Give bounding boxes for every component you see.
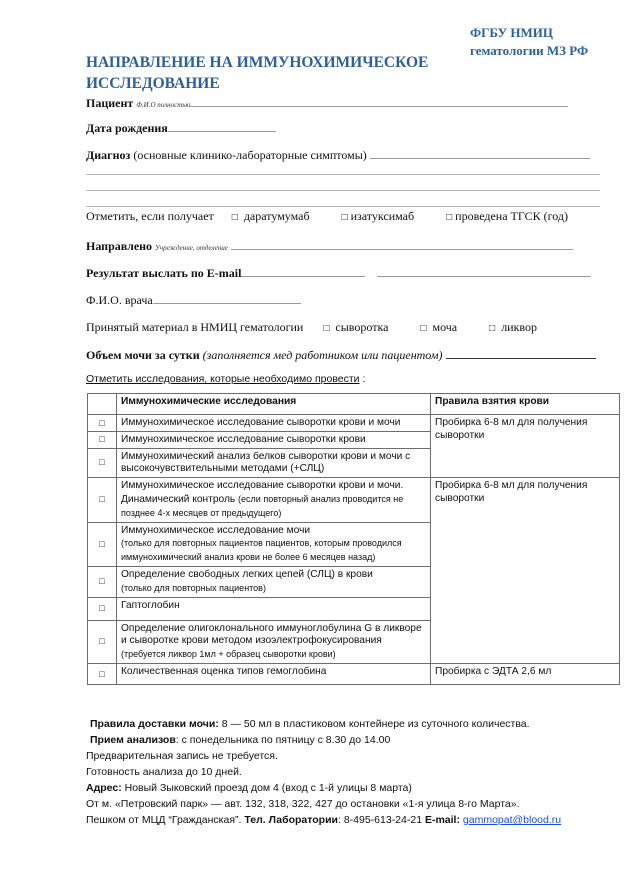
diagnosis-line-4[interactable]	[86, 206, 600, 207]
rule-text: Пробирка 6-8 мл для получения сыворотки	[435, 480, 587, 504]
test-checkbox[interactable]: □	[88, 431, 117, 448]
rule-cell: Пробирка 6-8 мл для получения сыворотки	[431, 478, 620, 664]
checkbox-urine[interactable]: □ моча	[420, 320, 457, 334]
phone-number: : 8-495-613-24-21	[338, 814, 425, 826]
page-title: НАПРАВЛЕНИЕ НА ИММУНОХИМИЧЕСКОЕ ИССЛЕДОВ…	[86, 52, 466, 94]
checkbox-daratumumab[interactable]: □ даратумумаб	[232, 209, 310, 223]
test-name-text: Количественная оценка типов гемоглобина	[121, 666, 326, 677]
option-hsct: проведена ТГСК (год)	[455, 209, 568, 223]
material-row: Принятый материал в НМИЦ гематологии □ с…	[86, 320, 537, 336]
urine-volume-label: Объем мочи за сутки	[86, 348, 200, 362]
referred-field[interactable]	[231, 238, 573, 250]
diagnosis-label: Диагноз	[86, 148, 130, 162]
option-daratumumab: даратумумаб	[244, 209, 310, 223]
patient-field[interactable]	[190, 95, 568, 107]
walk-note: Пешком от МЦД “Гражданская”.	[86, 814, 244, 826]
table-header-row: Иммунохимические исследования Правила вз…	[88, 394, 620, 415]
reception-hours: Прием анализов: с понедельника по пятниц…	[90, 732, 390, 748]
email-row: Результат выслать по E-mail	[86, 265, 591, 280]
test-checkbox[interactable]: □	[88, 448, 117, 478]
test-name-text: Определение свободных легких цепей (СЛЦ)…	[121, 569, 373, 580]
referred-row: Направлено Учреждение, отделение	[86, 238, 573, 255]
checkbox-icon: □	[446, 211, 452, 225]
rule-text: Пробирка 6-8 мл для получения сыворотки	[435, 417, 587, 441]
tests-instruction-text: Отметить исследования, которые необходим…	[86, 373, 360, 385]
table-row: □ Иммунохимическое исследование сыворотк…	[88, 478, 620, 522]
reception-text: : с понедельника по пятницу с 8.30 до 14…	[176, 734, 391, 746]
title-line-2: ИССЛЕДОВАНИЕ	[86, 73, 466, 94]
test-name: Иммунохимическое исследование сыворотки …	[117, 431, 431, 448]
org-line-1: ФГБУ НМИЦ	[470, 24, 620, 42]
checkbox-isatuximab[interactable]: □изатуксимаб	[342, 209, 415, 223]
test-checkbox[interactable]: □	[88, 522, 117, 566]
rule-cell: Пробирка 6-8 мл для получения сыворотки	[431, 415, 620, 478]
table-row: □ Количественная оценка типов гемоглобин…	[88, 663, 620, 684]
no-appointment-note: Предварительная запись не требуется.	[86, 748, 278, 764]
lab-email-label: E-mail:	[425, 814, 463, 826]
test-checkbox[interactable]: □	[88, 620, 117, 663]
birthdate-field[interactable]	[168, 120, 276, 132]
diagnosis-row: Диагноз (основные клинико-лабораторные с…	[86, 147, 590, 162]
patient-hint: Ф.И.О полностью	[136, 101, 190, 109]
transport-note: От м. «Петровский парк» — авт. 132, 318,…	[86, 796, 520, 812]
test-name: Иммунохимическое исследование сыворотки …	[117, 478, 431, 522]
test-note: (только для повторных пациентов пациенто…	[121, 538, 402, 562]
tests-instruction-colon: :	[360, 373, 366, 385]
test-name-text: Иммунохимическое исследование сыворотки …	[121, 434, 366, 445]
checkbox-icon: □	[323, 322, 329, 336]
address: Адрес: Новый Зыковский проезд дом 4 (вхо…	[86, 780, 412, 796]
urine-rule-label: Правила доставки мочи:	[90, 718, 219, 730]
test-checkbox[interactable]: □	[88, 597, 117, 620]
checkbox-icon: □	[489, 322, 495, 336]
test-name-text: Определение олигоклонального иммуноглобу…	[121, 623, 422, 647]
birthdate-label: Дата рождения	[86, 121, 168, 135]
org-line-2: гематологии МЗ РФ	[470, 42, 620, 60]
urine-delivery-rule: Правила доставки мочи: 8 — 50 мл в пласт…	[90, 716, 530, 732]
header-tests-col: Иммунохимические исследования	[117, 394, 431, 415]
phone-label: Тел. Лаборатории	[244, 814, 338, 826]
checkbox-icon: □	[342, 211, 348, 225]
option-serum: сыворотка	[335, 320, 388, 334]
test-name-text: Иммунохимическое исследование мочи	[121, 525, 310, 536]
email-field[interactable]	[241, 265, 365, 277]
test-name: Иммунохимический анализ белков сыворотки…	[117, 448, 431, 478]
contacts: Пешком от МЦД “Гражданская”. Тел. Лабора…	[86, 812, 561, 828]
test-checkbox[interactable]: □	[88, 663, 117, 684]
organization-name: ФГБУ НМИЦ гематологии МЗ РФ	[470, 24, 620, 60]
test-name: Иммунохимическое исследование мочи(тольк…	[117, 522, 431, 566]
doctor-row: Ф.И.О. врача	[86, 292, 301, 307]
checkbox-hsct[interactable]: □проведена ТГСК (год)	[446, 209, 568, 223]
diagnosis-field[interactable]	[370, 147, 590, 159]
patient-row: Пациент Ф.И.О полностью	[86, 95, 568, 112]
test-name-text: Гаптоглобин	[121, 600, 180, 611]
address-text: Новый Зыковский проезд дом 4 (вход с 1-й…	[122, 782, 412, 794]
reception-label: Прием анализов	[90, 734, 176, 746]
table-row: □ Иммунохимическое исследование сыворотк…	[88, 415, 620, 432]
patient-label: Пациент	[86, 96, 133, 110]
test-name-text: Иммунохимический анализ белков сыворотки…	[121, 451, 410, 475]
test-checkbox[interactable]: □	[88, 566, 117, 597]
referred-label: Направлено	[86, 239, 152, 253]
option-isatuximab: изатуксимаб	[351, 209, 415, 223]
lab-email-link[interactable]: gammopat@blood.ru	[463, 814, 561, 826]
option-csf: ликвор	[501, 320, 537, 334]
test-name: Определение свободных легких цепей (СЛЦ)…	[117, 566, 431, 597]
urine-volume-hint: (заполняется мед работником или пациенто…	[203, 348, 443, 362]
rule-cell: Пробирка с ЭДТА 2,6 мл	[431, 663, 620, 684]
receives-row: Отметить, если получает □ даратумумаб □и…	[86, 209, 568, 225]
doctor-field[interactable]	[153, 292, 301, 304]
urine-volume-row: Объем мочи за сутки (заполняется мед раб…	[86, 347, 596, 362]
urine-rule-text: 8 — 50 мл в пластиковом контейнере из су…	[219, 718, 530, 730]
checkbox-icon: □	[232, 211, 238, 225]
material-label: Принятый материал в НМИЦ гематологии	[86, 320, 303, 334]
tests-table: Иммунохимические исследования Правила вз…	[87, 393, 620, 685]
referred-hint: Учреждение, отделение	[155, 244, 228, 252]
rule-text: Пробирка с ЭДТА 2,6 мл	[435, 666, 551, 677]
test-note: (только для повторных пациентов)	[121, 583, 266, 593]
header-rules-col: Правила взятия крови	[431, 394, 620, 415]
diagnosis-line-3[interactable]	[86, 190, 600, 191]
diagnosis-line-2[interactable]	[86, 174, 600, 175]
header-checkbox-col	[88, 394, 117, 415]
test-checkbox[interactable]: □	[88, 415, 117, 432]
tests-instruction: Отметить исследования, которые необходим…	[86, 373, 365, 385]
checkbox-icon: □	[420, 322, 426, 336]
option-urine: моча	[432, 320, 457, 334]
test-name: Определение олигоклонального иммуноглобу…	[117, 620, 431, 663]
checkbox-csf[interactable]: □ ликвор	[489, 320, 537, 334]
checkbox-serum[interactable]: □ сыворотка	[323, 320, 388, 334]
email-field-2[interactable]	[377, 265, 591, 277]
title-line-1: НАПРАВЛЕНИЕ НА ИММУНОХИМИЧЕСКОЕ	[86, 52, 466, 73]
test-name-text: Иммунохимическое исследование сыворотки …	[121, 417, 400, 428]
test-name: Гаптоглобин	[117, 597, 431, 620]
email-label: Результат выслать по E-mail	[86, 266, 241, 280]
receives-label: Отметить, если получает	[86, 209, 214, 223]
urine-volume-field[interactable]	[446, 347, 596, 359]
test-checkbox[interactable]: □	[88, 478, 117, 522]
test-note: (требуется ликвор 1мл + образец сыворотк…	[121, 649, 336, 659]
test-name: Количественная оценка типов гемоглобина	[117, 663, 431, 684]
doctor-label: Ф.И.О. врача	[86, 293, 153, 307]
diagnosis-hint: (основные клинико-лабораторные симптомы)	[133, 148, 366, 162]
birthdate-row: Дата рождения	[86, 120, 276, 135]
address-label: Адрес:	[86, 782, 122, 794]
test-name: Иммунохимическое исследование сыворотки …	[117, 415, 431, 432]
readiness-note: Готовность анализа до 10 дней.	[86, 764, 242, 780]
